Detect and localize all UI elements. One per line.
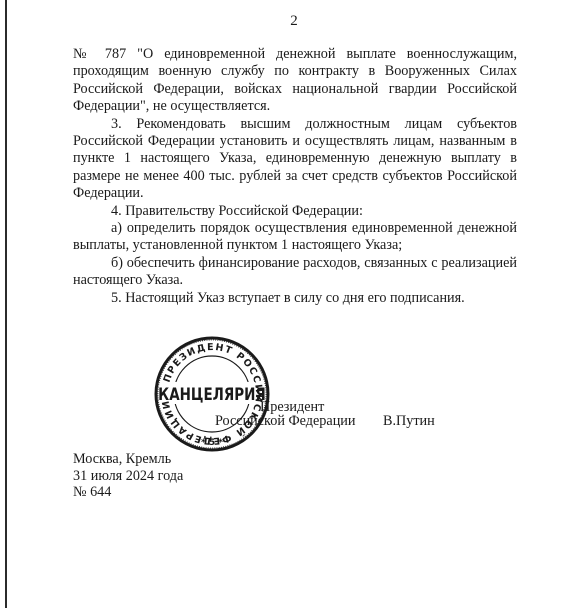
signing-place: Москва, Кремль xyxy=(73,451,183,468)
decree-body: № 787 "О единовременной денежной выплате… xyxy=(73,46,517,307)
stamp-center-text: КАНЦЕЛЯРИЯ xyxy=(158,385,266,405)
page-number: 2 xyxy=(0,13,577,30)
decree-number: № 644 xyxy=(73,484,183,501)
signing-date: 31 июля 2024 года xyxy=(73,468,183,485)
paragraph-item-5: 5. Настоящий Указ вступает в силу со дня… xyxy=(73,290,517,307)
signature-name: В.Путин xyxy=(383,413,435,430)
paragraph-item-4a: а) определить порядок осуществления един… xyxy=(73,220,517,255)
paragraph-item-4: 4. Правительству Российской Федерации: xyxy=(73,203,517,220)
decree-footer: Москва, Кремль 31 июля 2024 года № 644 xyxy=(73,451,183,501)
page-left-border xyxy=(5,0,7,608)
paragraph-item-3: 3. Рекомендовать высшим должностным лица… xyxy=(73,116,517,203)
chancellery-stamp-icon: ПРЕЗИДЕНТ РОССИЙСКОЙ ФЕДЕРАЦИИ КАНЦЕЛЯРИ… xyxy=(152,335,272,453)
paragraph-continuation: № 787 "О единовременной денежной выплате… xyxy=(73,46,517,116)
paragraph-item-4b: б) обеспечить финансирование расходов, с… xyxy=(73,255,517,290)
stamp-bottom-text: * 5 * xyxy=(201,438,223,448)
